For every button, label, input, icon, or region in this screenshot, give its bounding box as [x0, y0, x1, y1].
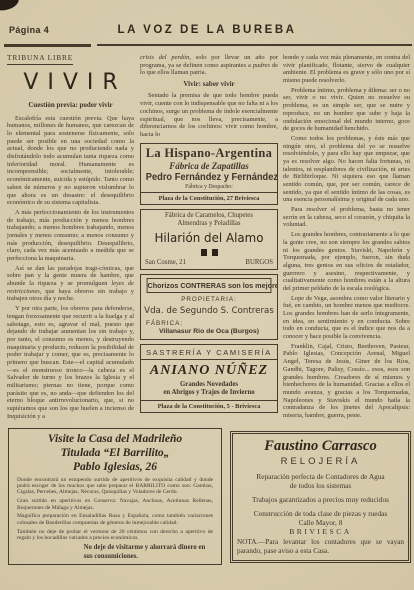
ad-owner-name: Pedro Fernández y Fernández — [146, 172, 272, 184]
ad-address-row: San Cosme, 21 BURGOS — [141, 259, 277, 269]
ad-chorizos-contreras: Chorizos CONTRERAS son los mejores PROPI… — [140, 274, 278, 340]
ad-street-address: Calle Mayor, 8 — [237, 518, 404, 527]
article-paragraph: Escalofría esta cuestión previa. Que hay… — [7, 115, 134, 207]
ad-address: Plaza de la Constitución, 5 - Briviesca — [141, 400, 277, 413]
ad-trade-line: RELOJERÍA — [237, 456, 404, 467]
article-paragraph: Franklin, Cajal, Cristo, Beethoven, Past… — [283, 343, 410, 420]
ad-business-name: Faustino Carrasco — [237, 438, 404, 455]
ad-headline: Titulada “El Barrilito„ — [17, 446, 213, 460]
ad-detail-line: Trabajos garantizados a precios muy redu… — [237, 495, 404, 504]
header-rule-main — [97, 44, 412, 46]
ad-owner-label: PROPIETARIA: — [141, 296, 277, 304]
ad-trade-line: Fábrica de Zapatillas — [141, 161, 277, 172]
column-right: hondo y cada vez más plenamente, en cont… — [283, 54, 410, 428]
ad-factory-address: Villanasur Rio de Oca (Burgos) — [141, 328, 277, 336]
ad-trade-line: Almendras y Peladillas — [141, 220, 277, 228]
ad-business-name: ANIANO NÚÑEZ — [141, 363, 277, 380]
ad-city: BRIVIESCA — [237, 527, 404, 536]
ad-paragraph: Gran surtido en aperitivos en Conserva: … — [17, 498, 213, 511]
column-left: TRIBUNA LIBRE VIVIR Cuestión previa: pod… — [7, 54, 134, 426]
ad-business-name: Hilarión del Alamo — [144, 230, 273, 245]
article-subtitle: Cuestión previa: poder vivir — [7, 101, 134, 109]
ad-paragraph: También no deje de probar el vermout de … — [17, 529, 213, 542]
ad-hilarion-del-alamo: Fábrica de Caramelos, Chupetes Almendras… — [140, 209, 278, 270]
ad-aniano-nunez: SASTRERÍA Y CAMISERÍA ANIANO NÚÑEZ Grand… — [140, 344, 278, 413]
ad-hispano-argentina: La Hispano-Argentina Fábrica de Zapatill… — [140, 143, 278, 205]
ad-detail-line: Construcción de toda clase de piezas y r… — [237, 509, 404, 518]
article-paragraph: Para resolver el problema, basta no tene… — [283, 206, 410, 229]
article-paragraph: Los grandes hombres, contrariamente a lo… — [283, 231, 410, 293]
ad-detail-line: Reparación perfecta de Contadores de Agu… — [237, 472, 404, 481]
article-paragraph: hondo y cada vez más plenamente, en cont… — [283, 54, 410, 85]
article-paragraph: Problema íntimo, problema y dilema: ser … — [283, 87, 410, 133]
column-middle: crisis del perdón, solo por llevar un añ… — [140, 54, 278, 428]
paragraph-emphasis: crisis del perdón, — [140, 54, 191, 61]
ink-smudge-mark — [0, 0, 20, 11]
ad-trade-header: SASTRERÍA Y CAMISERÍA — [141, 345, 277, 360]
article-paragraph: Así se dan las paradojas tragi-cómicas, … — [7, 265, 134, 303]
ad-city: BURGOS — [245, 259, 273, 267]
ad-paragraph: Donde encontrará un estupendo surtido de… — [17, 477, 213, 496]
masthead-title: LA VOZ DE LA BUREBA — [0, 24, 414, 36]
article-paragraph: Sentado la premisa de que todo hombre pu… — [140, 92, 278, 138]
ad-closing-line: No deje de visitarme y ahorrará dinero e… — [84, 544, 213, 561]
ad-paragraph: Magnífica preparación en Ensaladillas Ru… — [17, 513, 213, 526]
paragraph-emphasis: padres — [253, 62, 270, 69]
ad-address: San Cosme, 21 — [145, 259, 186, 267]
ad-note: NOTA.—Para levantar los contadores que s… — [237, 538, 404, 555]
ad-owner-name: Vda. de Segundo S. Contreras — [144, 306, 275, 317]
article-subtitle: Vivir: saber vivir — [140, 80, 278, 88]
ad-detail-line: Fábrica y Despacho: — [141, 184, 277, 191]
ad-detail-line: de todos los sistemas — [237, 481, 404, 490]
ad-address: Plaza de la Constitución, 27 Briviesca — [141, 192, 277, 204]
article-paragraph: Lope de Vega, asombra como valor literar… — [283, 295, 410, 341]
ad-detail-line: en Abrigos y Trajes de Invierno — [141, 389, 277, 397]
ad-headline: Visite la Casa del Madrileño — [17, 432, 213, 446]
ad-detail-line: Grandes Novedades — [141, 381, 277, 389]
article-paragraph: Como todos los problemas, y éste más que… — [283, 135, 410, 204]
ad-factory-label: FÁBRICA: — [141, 320, 277, 328]
ad-faustino-carrasco: Faustino Carrasco RELOJERÍA Reparación p… — [232, 433, 409, 561]
article-title: VIVIR — [7, 70, 134, 96]
header-rule-left — [4, 44, 91, 47]
article-paragraph: A más perfeccionamiento de los instrumen… — [7, 209, 134, 263]
square-marks — [141, 249, 277, 256]
article-paragraph: Y por otra parte, los obreros para defen… — [7, 305, 134, 420]
ad-trade-line: Fábrica de Caramelos, Chupetes — [141, 210, 277, 220]
section-label: TRIBUNA LIBRE — [7, 54, 73, 65]
square-mark-icon — [201, 249, 207, 256]
square-mark-icon — [212, 249, 218, 256]
ad-el-barrilito: Visite la Casa del Madrileño Titulada “E… — [8, 428, 222, 565]
article-paragraph: crisis del perdón, solo por llevar un añ… — [140, 54, 278, 77]
ad-business-name: La Hispano-Argentina — [141, 146, 277, 161]
ad-address: Pablo Iglesias, 26 — [17, 460, 213, 474]
ad-headline: Chorizos CONTRERAS son los mejores — [147, 278, 272, 293]
